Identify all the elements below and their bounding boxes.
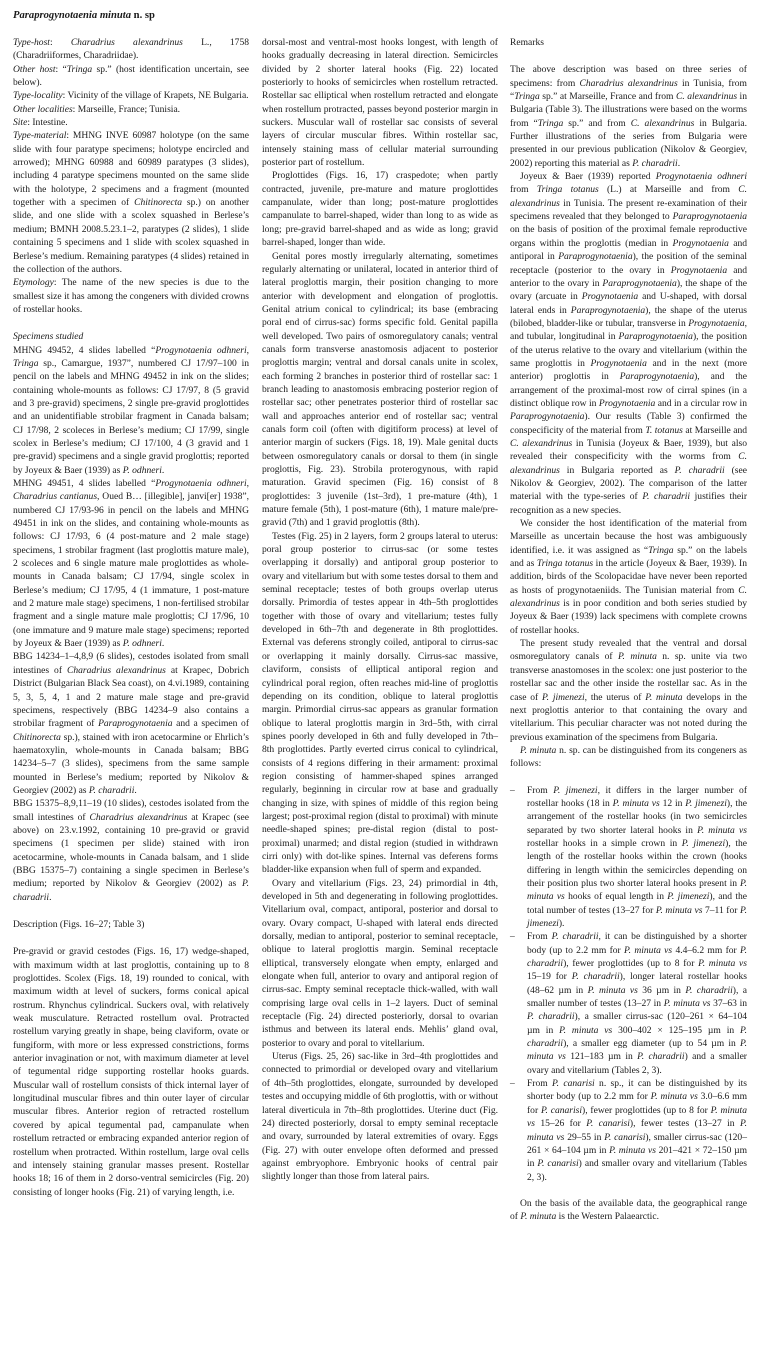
description-paragraph: Genital pores mostly irregularly alterna… <box>262 250 498 530</box>
remarks-paragraph: The present study revealed that the vent… <box>510 637 747 744</box>
list-item: –From P. jimenezi, it differs in the lar… <box>510 784 747 931</box>
etymology: Etymology: The name of the new species i… <box>13 276 249 316</box>
species-status: n. sp <box>131 10 155 21</box>
specimen-entry: BBG 14234–1–4,8,9 (6 slides), cestodes i… <box>13 650 249 797</box>
remarks-paragraph: The above description was based on three… <box>510 63 747 170</box>
specimen-entry: BBG 15375–8,9,11–19 (10 slides), cestode… <box>13 797 249 904</box>
closing-paragraph: On the basis of the available data, the … <box>510 1197 747 1224</box>
column-left: Type-host: Charadrius alexandrinus L., 1… <box>13 36 249 1199</box>
column-middle: dorsal-most and ventral-most hooks longe… <box>262 36 498 1184</box>
list-item: –From P. canarisi n. sp., it can be dist… <box>510 1077 747 1184</box>
description-heading: Description (Figs. 16–27; Table 3) <box>13 918 249 931</box>
remarks-paragraph: We consider the host identification of t… <box>510 517 747 637</box>
type-locality: Type-locality: Vicinity of the village o… <box>13 89 249 102</box>
type-host: Type-host: Charadrius alexandrinus L., 1… <box>13 36 249 63</box>
specimens-heading: Specimens studied <box>13 330 249 343</box>
site: Site: Intestine. <box>13 116 249 129</box>
description-paragraph: Uterus (Figs. 25, 26) sac-like in 3rd–4t… <box>262 1050 498 1183</box>
species-name: Paraprogynotaenia minuta <box>13 10 131 21</box>
description-paragraph: Ovary and vitellarium (Figs. 23, 24) pri… <box>262 877 498 1050</box>
specimen-entry: MHNG 49452, 4 slides labelled “Progynota… <box>13 344 249 477</box>
species-title: Paraprogynotaenia minuta n. sp <box>13 9 155 22</box>
remarks-body: The above description was based on three… <box>510 63 747 770</box>
type-material: Type-material: MHNG INVE 60987 holotype … <box>13 129 249 276</box>
description-paragraph: dorsal-most and ventral-most hooks longe… <box>262 36 498 169</box>
specimens-list: MHNG 49452, 4 slides labelled “Progynota… <box>13 344 249 904</box>
paper-page: Paraprogynotaenia minuta n. sp Type-host… <box>0 0 759 1370</box>
column-right: Remarks The above description was based … <box>510 36 747 1224</box>
remarks-heading: Remarks <box>510 36 747 49</box>
dash-bullet: – <box>510 784 515 797</box>
description-paragraph: Proglottides (Figs. 16, 17) craspedote; … <box>262 169 498 249</box>
specimen-entry: MHNG 49451, 4 slides labelled “Progynota… <box>13 477 249 650</box>
description-continued: dorsal-most and ventral-most hooks longe… <box>262 36 498 1184</box>
list-item: –From P. charadrii, it can be distinguis… <box>510 930 747 1077</box>
remarks-paragraph: Joyeux & Baer (1939) reported Progynotae… <box>510 170 747 517</box>
description-paragraph: Testes (Fig. 25) in 2 layers, form 2 gro… <box>262 530 498 877</box>
dash-bullet: – <box>510 1077 515 1090</box>
remarks-paragraph: P. minuta n. sp. can be distinguished fr… <box>510 744 747 771</box>
dash-bullet: – <box>510 930 515 943</box>
differential-diagnosis-list: –From P. jimenezi, it differs in the lar… <box>510 784 747 1184</box>
other-localities: Other localities: Marseille, France; Tun… <box>13 103 249 116</box>
description-paragraph: Pre-gravid or gravid cestodes (Figs. 16,… <box>13 945 249 1199</box>
other-host: Other host: “Tringa sp.” (host identific… <box>13 63 249 90</box>
